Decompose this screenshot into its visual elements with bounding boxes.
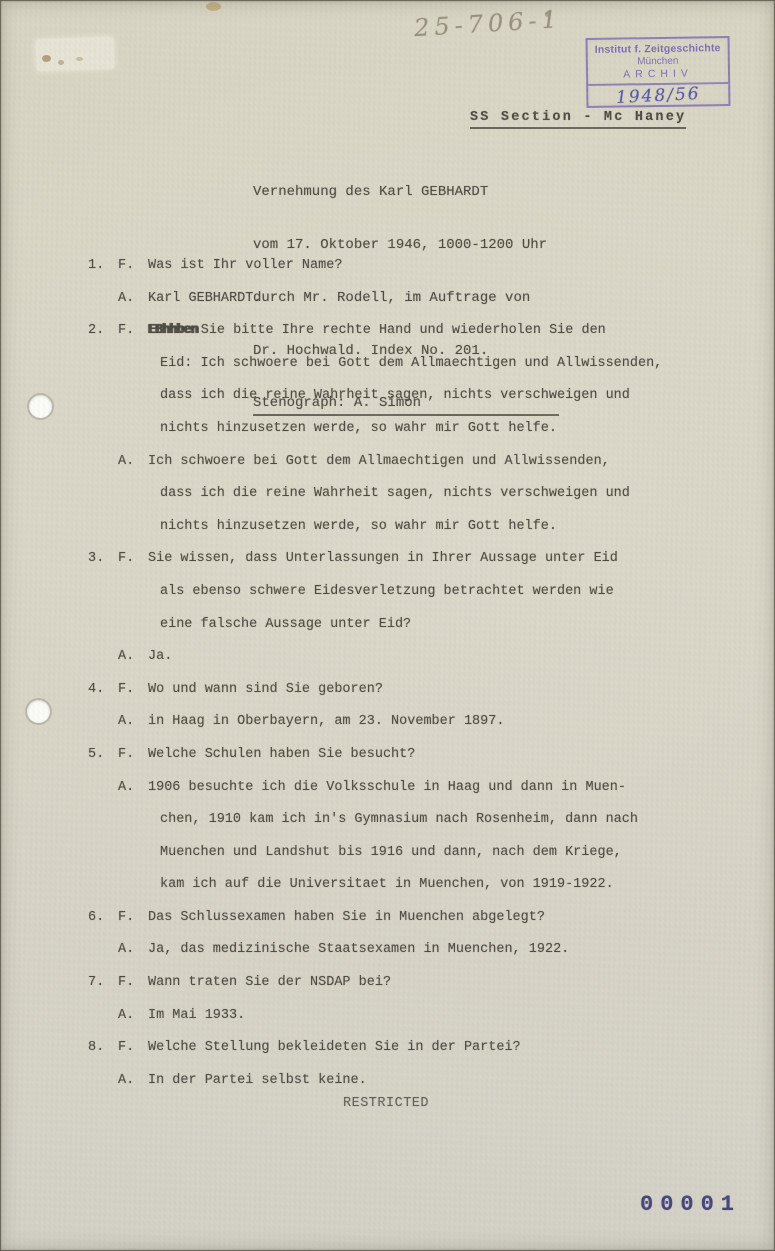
qa-line: A.Karl GEBHARDT.: [0, 283, 775, 316]
punch-hole: [27, 700, 50, 723]
qa-text: Ich schwoere bei Gott dem Allmaechtigen …: [148, 446, 610, 479]
qa-text: Welche Schulen haben Sie besucht?: [148, 739, 415, 772]
qa-speaker-prefix: A.: [118, 446, 134, 479]
qa-text: Eid: Ich schwoere bei Gott dem Allmaecht…: [160, 348, 662, 381]
qa-line: chen, 1910 kam ich in's Gymnasium nach R…: [0, 804, 775, 837]
qa-speaker-prefix: A.: [118, 641, 134, 674]
qa-text: In der Partei selbst keine.: [148, 1065, 367, 1098]
qa-speaker-prefix: F.: [118, 674, 134, 707]
qa-item-number: 1.: [88, 250, 104, 283]
qa-line: kam ich auf die Universitaet in Muenchen…: [0, 869, 775, 902]
qa-item-number: 8.: [88, 1032, 104, 1065]
qa-item-number: 2.: [88, 315, 104, 348]
archive-stamp-archiv: ARCHIV: [588, 67, 728, 81]
qa-text: Muenchen und Landshut bis 1916 und dann,…: [160, 837, 622, 870]
qa-text: kam ich auf die Universitaet in Muenchen…: [160, 869, 614, 902]
qa-line: 4.F.Wo und wann sind Sie geboren?: [0, 674, 775, 707]
punch-hole: [29, 395, 52, 418]
qa-text: dass ich die reine Wahrheit sagen, nicht…: [160, 380, 630, 413]
qa-text: Karl GEBHARDT.: [148, 283, 261, 316]
qa-item-number: 6.: [88, 902, 104, 935]
archive-stamp-city: München: [588, 55, 728, 68]
paper-stain: [206, 2, 221, 11]
qa-text: chen, 1910 kam ich in's Gymnasium nach R…: [160, 804, 638, 837]
qa-line: 2.F.EBhhbenSie bitte Ihre rechte Hand un…: [0, 315, 775, 348]
qa-text: EBhhbenSie bitte Ihre rechte Hand und wi…: [148, 315, 606, 348]
qa-line: dass ich die reine Wahrheit sagen, nicht…: [0, 380, 775, 413]
qa-line: A.In der Partei selbst keine.: [0, 1065, 775, 1098]
header-line-subject: Vernehmung des Karl GEBHARDT: [253, 184, 559, 202]
qa-speaker-prefix: F.: [118, 250, 134, 283]
qa-speaker-prefix: F.: [118, 902, 134, 935]
qa-line: nichts hinzusetzen werde, so wahr mir Go…: [0, 413, 775, 446]
classification-marking: RESTRICTED: [343, 1096, 429, 1111]
qa-text: dass ich die reine Wahrheit sagen, nicht…: [160, 478, 630, 511]
qa-line: Muenchen und Landshut bis 1916 und dann,…: [0, 837, 775, 870]
qa-text: eine falsche Aussage unter Eid?: [160, 609, 411, 642]
qa-speaker-prefix: A.: [118, 1000, 134, 1033]
archive-stamp: Institut f. Zeitgeschichte München ARCHI…: [586, 36, 731, 108]
qa-item-number: 5.: [88, 739, 104, 772]
qa-line: eine falsche Aussage unter Eid?: [0, 609, 775, 642]
document-page: 25-706-1 Institut f. Zeitgeschichte Münc…: [0, 0, 775, 1251]
tape-residue-stain: [35, 37, 114, 72]
archive-stamp-institute: Institut f. Zeitgeschichte: [588, 42, 728, 56]
qa-text: Was ist Ihr voller Name?: [148, 250, 342, 283]
qa-line: 5.F.Welche Schulen haben Sie besucht?: [0, 739, 775, 772]
qa-line: 6.F.Das Schlussexamen haben Sie in Muenc…: [0, 902, 775, 935]
qa-item-number: 4.: [88, 674, 104, 707]
qa-speaker-prefix: F.: [118, 739, 134, 772]
qa-line: A.Ja, das medizinische Staatsexamen in M…: [0, 934, 775, 967]
qa-text: Wann traten Sie der NSDAP bei?: [148, 967, 391, 1000]
handwritten-reference-number: 25-706-1: [413, 2, 614, 42]
qa-text: Im Mai 1933.: [148, 1000, 245, 1033]
qa-text: 1906 besuchte ich die Volksschule in Haa…: [148, 772, 626, 805]
qa-line: A.Im Mai 1933.: [0, 1000, 775, 1033]
qa-text: als ebenso schwere Eidesverletzung betra…: [160, 576, 614, 609]
qa-line: dass ich die reine Wahrheit sagen, nicht…: [0, 478, 775, 511]
qa-text: Ja.: [148, 641, 172, 674]
qa-speaker-prefix: F.: [118, 543, 134, 576]
qa-line: 1.F.Was ist Ihr voller Name?: [0, 250, 775, 283]
qa-text: Das Schlussexamen haben Sie in Muenchen …: [148, 902, 545, 935]
qa-text: in Haag in Oberbayern, am 23. November 1…: [148, 706, 504, 739]
qa-speaker-prefix: A.: [118, 772, 134, 805]
qa-text: Ja, das medizinische Staatsexamen in Mue…: [148, 934, 569, 967]
qa-line: als ebenso schwere Eidesverletzung betra…: [0, 576, 775, 609]
archive-stamp-handwritten-number: 1948/56: [588, 83, 729, 110]
qa-speaker-prefix: F.: [118, 315, 134, 348]
qa-line: 7.F.Wann traten Sie der NSDAP bei?: [0, 967, 775, 1000]
qa-list: 1.F.Was ist Ihr voller Name?A.Karl GEBHA…: [0, 250, 775, 1097]
qa-speaker-prefix: F.: [118, 967, 134, 1000]
qa-speaker-prefix: A.: [118, 1065, 134, 1098]
qa-line: A.1906 besuchte ich die Volksschule in H…: [0, 772, 775, 805]
qa-text: Sie wissen, dass Unterlassungen in Ihrer…: [148, 543, 618, 576]
qa-text: nichts hinzusetzen werde, so wahr mir Go…: [160, 413, 557, 446]
overtyped-word: EBhhben: [148, 323, 198, 338]
qa-item-number: 3.: [88, 543, 104, 576]
qa-text: nichts hinzusetzen werde, so wahr mir Go…: [160, 511, 557, 544]
page-number-stamp: 00001: [640, 1192, 741, 1217]
qa-line: A.Ja.: [0, 641, 775, 674]
qa-line: A.in Haag in Oberbayern, am 23. November…: [0, 706, 775, 739]
qa-line: 3.F.Sie wissen, dass Unterlassungen in I…: [0, 543, 775, 576]
qa-line: A.Ich schwoere bei Gott dem Allmaechtige…: [0, 446, 775, 479]
qa-line: 8.F.Welche Stellung bekleideten Sie in d…: [0, 1032, 775, 1065]
qa-line: Eid: Ich schwoere bei Gott dem Allmaecht…: [0, 348, 775, 381]
qa-speaker-prefix: A.: [118, 934, 134, 967]
qa-speaker-prefix: A.: [118, 283, 134, 316]
qa-item-number: 7.: [88, 967, 104, 1000]
qa-speaker-prefix: A.: [118, 706, 134, 739]
qa-text: Wo und wann sind Sie geboren?: [148, 674, 383, 707]
qa-text: Welche Stellung bekleideten Sie in der P…: [148, 1032, 521, 1065]
qa-speaker-prefix: F.: [118, 1032, 134, 1065]
section-heading: SS Section - Mc Haney: [470, 110, 686, 129]
qa-line: nichts hinzusetzen werde, so wahr mir Go…: [0, 511, 775, 544]
